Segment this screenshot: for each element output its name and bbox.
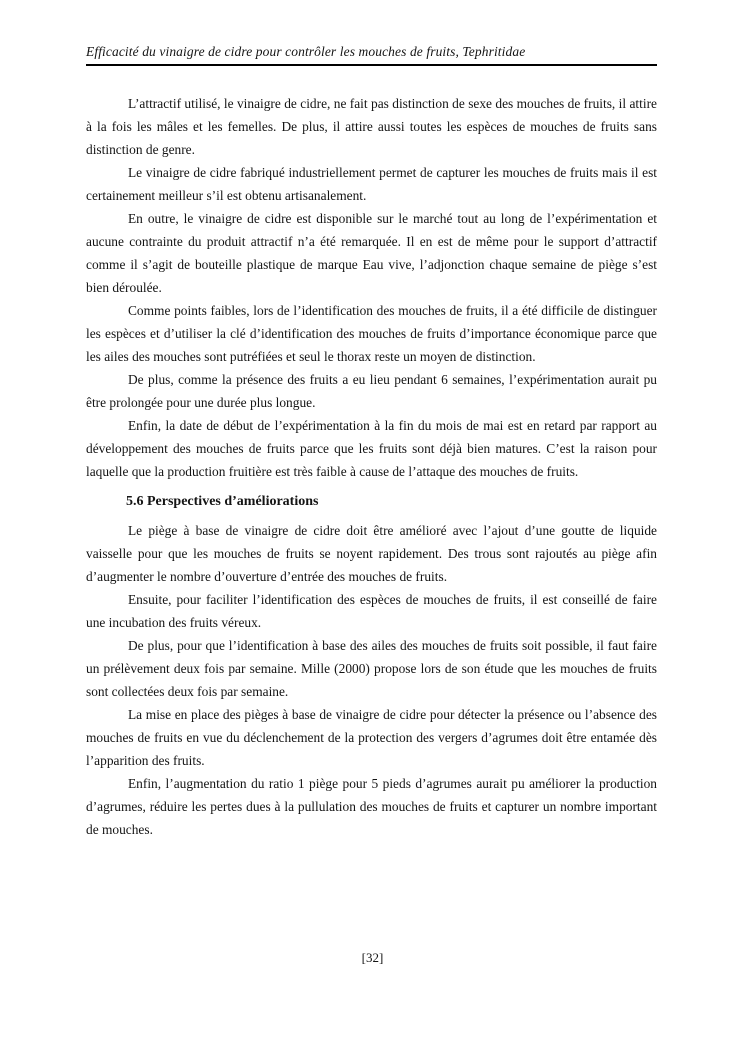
document-page: Efficacité du vinaigre de cidre pour con… xyxy=(0,0,745,1053)
paragraph-attractif-sexe: L’attractif utilisé, le vinaigre de cidr… xyxy=(86,92,657,161)
running-header-text: Efficacité du vinaigre de cidre pour con… xyxy=(86,44,525,59)
running-header: Efficacité du vinaigre de cidre pour con… xyxy=(86,43,657,66)
paragraph-disponibilite-marche: En outre, le vinaigre de cidre est dispo… xyxy=(86,207,657,299)
paragraph-vinaigre-industriel: Le vinaigre de cidre fabriqué industriel… xyxy=(86,161,657,207)
page-number: [32] xyxy=(362,950,384,965)
paragraph-duree-experimentation: De plus, comme la présence des fruits a … xyxy=(86,368,657,414)
page-footer: [32] xyxy=(0,949,745,967)
document-body: L’attractif utilisé, le vinaigre de cidr… xyxy=(86,92,657,841)
paragraph-augmentation-ratio: Enfin, l’augmentation du ratio 1 piège p… xyxy=(86,772,657,841)
paragraph-incubation-fruits: Ensuite, pour faciliter l’identification… xyxy=(86,588,657,634)
paragraph-prelevement-semaine: De plus, pour que l’identification à bas… xyxy=(86,634,657,703)
section-heading-perspectives: 5.6 Perspectives d’améliorations xyxy=(126,490,657,513)
paragraph-mise-en-place-pieges: La mise en place des pièges à base de vi… xyxy=(86,703,657,772)
paragraph-amelioration-piege: Le piège à base de vinaigre de cidre doi… xyxy=(86,519,657,588)
paragraph-points-faibles: Comme points faibles, lors de l’identifi… xyxy=(86,299,657,368)
paragraph-date-debut: Enfin, la date de début de l’expérimenta… xyxy=(86,414,657,483)
